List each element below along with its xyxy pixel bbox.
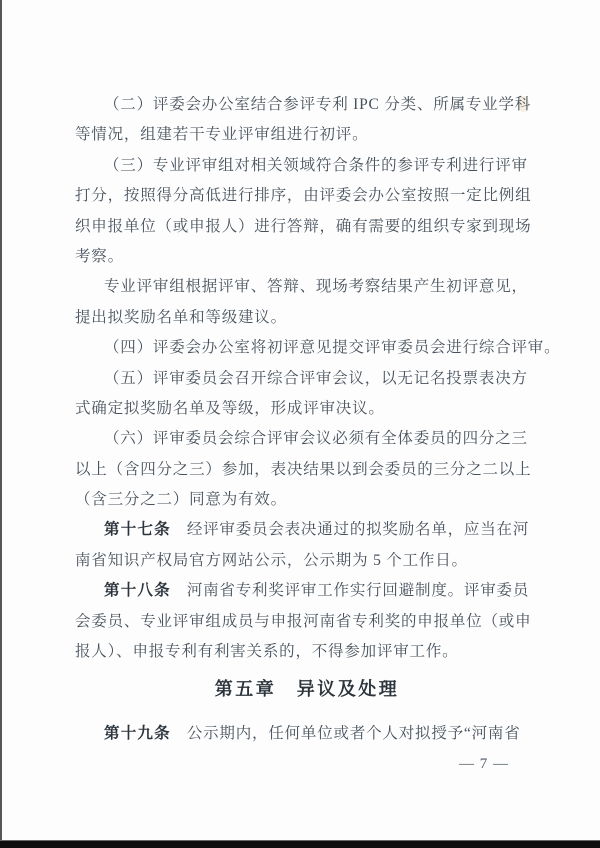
text-line: 第十八条河南省专利奖评审工作实行回避制度。评审委员 [75, 576, 539, 606]
article-number: 第十九条 [104, 725, 171, 742]
text-line: 织申报单位（或申报人）进行答辩，确有需要的组织专家到现场 [75, 212, 539, 242]
text-line: 考察。 [75, 242, 539, 272]
text-line: 会委员、专业评审组成员与申报河南省专利奖的申报单位（或申 [75, 607, 539, 637]
page-number: — 7 — [75, 752, 539, 776]
text-line: （五）评审委员会召开综合评审会议，以无记名投票表决方 [75, 364, 539, 394]
text-lines-container: （二）评委会办公室结合参评专利 IPC 分类、所属专业学科等情况，组建若干专业评… [75, 90, 539, 749]
text-line: 等情况，组建若干专业评审组进行初评。 [75, 120, 539, 150]
text-line: （六）评审委员会综合评审会议必须有全体委员的四分之三 [75, 424, 539, 454]
scan-left-edge [0, 0, 2, 841]
text-line: （三）专业评审组对相关领域符合条件的参评专利进行评审 [75, 151, 539, 181]
article-number: 第十七条 [104, 521, 171, 538]
text-line: 第十九条公示期内，任何单位或者个人对拟授予“河南省 [75, 719, 539, 749]
document-page: （二）评委会办公室结合参评专利 IPC 分类、所属专业学科等情况，组建若干专业评… [0, 0, 600, 848]
text-line: 报人）、申报专利有利害关系的，不得参加评审工作。 [75, 637, 539, 667]
text-line: 式确定拟奖励名单及等级，形成评审决议。 [75, 394, 539, 424]
text-line: （含三分之二）同意为有效。 [75, 485, 539, 515]
chapter-heading: 第五章 异议及处理 [75, 674, 539, 704]
text-line: （四）评委会办公室将初评意见提交评审委员会进行综合评审。 [75, 333, 539, 363]
text-line: 以上（含四分之三）参加，表决结果以到会委员的三分之二以上 [75, 455, 539, 485]
document-content: （二）评委会办公室结合参评专利 IPC 分类、所属专业学科等情况，组建若干专业评… [75, 90, 539, 776]
text-line: 专业评审组根据评审、答辩、现场考察结果产生初评意见， [75, 272, 539, 302]
text-line: 打分，按照得分高低进行排序，由评委会办公室按照一定比例组 [75, 181, 539, 211]
text-line: 提出拟奖励名单和等级建议。 [75, 303, 539, 333]
bottom-scan-strip [0, 840, 600, 848]
article-number: 第十八条 [104, 582, 171, 599]
text-line: （二）评委会办公室结合参评专利 IPC 分类、所属专业学科 [75, 90, 539, 120]
text-line: 第十七条经评审委员会表决通过的拟奖励名单，应当在河 [75, 515, 539, 545]
text-line: 南省知识产权局官方网站公示，公示期为 5 个工作日。 [75, 546, 539, 576]
